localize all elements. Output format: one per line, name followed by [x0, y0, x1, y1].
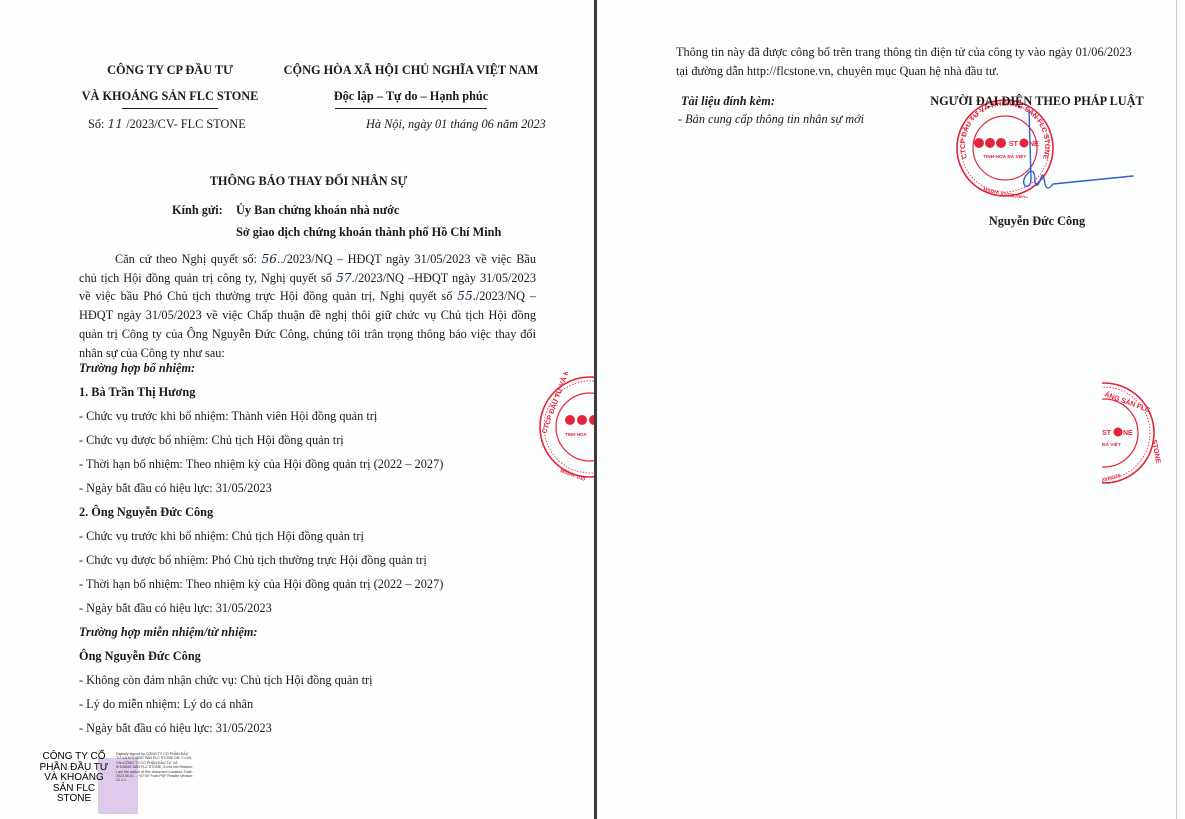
- svg-text:MSDN: 010: MSDN: 010: [559, 468, 586, 482]
- company-name-line1: CÔNG TY CP ĐẦU TƯ: [70, 64, 270, 76]
- person-1-line: - Chức vụ trước khi bổ nhiệm: Thành viên…: [79, 410, 377, 422]
- handwritten-signature: [1017, 108, 1137, 198]
- svg-text:MSDN: 0102370076: MSDN: 0102370076: [983, 187, 1029, 198]
- person-2-line: - Chức vụ được bổ nhiệm: Phó Chủ tịch th…: [79, 554, 427, 566]
- recipient-label: Kính gửi:: [172, 204, 223, 216]
- attachment-item: - Bản cung cấp thông tin nhân sự mới: [678, 113, 864, 125]
- document-page-2: Thông tin này đã được công bố trên trang…: [597, 0, 1176, 819]
- svg-text:STONE: STONE: [1150, 439, 1161, 464]
- document-title: THÔNG BÁO THAY ĐỔI NHÂN SỰ: [60, 175, 557, 187]
- number-prefix: Số:: [88, 117, 104, 131]
- intro-text-1: Căn cứ theo Nghị quyết số:: [115, 252, 261, 266]
- svg-text:ĐÁ VIỆT: ĐÁ VIỆT: [1102, 440, 1121, 448]
- company-underline: [122, 108, 218, 109]
- person-2-line: - Ngày bắt đầu có hiệu lực: 31/05/2023: [79, 602, 272, 614]
- svg-text:ST: ST: [1102, 430, 1112, 437]
- handwritten-number: 11: [107, 117, 123, 131]
- company-seal-partial: ÁNG SẢN FLC STONE ST NE ĐÁ VIỆT 2370076: [1102, 378, 1176, 488]
- company-seal-partial: CTCP ĐẦU TƯ VÀ KHO TINH HOA MSDN: 010: [528, 372, 594, 482]
- svg-text:NE: NE: [1029, 141, 1039, 148]
- dismissal-line: - Ngày bắt đầu có hiệu lực: 31/05/2023: [79, 722, 272, 734]
- number-suffix: /2023/CV- FLC STONE: [126, 117, 246, 131]
- nation-motto: Độc lập – Tự do – Hạnh phúc: [300, 90, 522, 102]
- motto-underline: [335, 108, 487, 109]
- company-name-line2: VÀ KHOÁNG SẢN FLC STONE: [60, 90, 280, 102]
- digital-signature-block[interactable]: CÔNG TY CỔ PHẦN ĐẦU TƯ VÀ KHOÁNG SẢN FLC…: [36, 752, 194, 816]
- person-2-line: - Chức vụ trước khi bổ nhiệm: Chủ tịch H…: [79, 530, 364, 542]
- svg-text:TINH HOA ĐÁ VIỆT: TINH HOA ĐÁ VIỆT: [983, 152, 1026, 160]
- appointment-heading: Trường hợp bổ nhiệm:: [79, 362, 195, 374]
- svg-text:ÁNG SẢN FLC: ÁNG SẢN FLC: [1103, 389, 1151, 414]
- svg-text:ST: ST: [1009, 141, 1019, 148]
- person-2-name: 2. Ông Nguyễn Đức Công: [79, 506, 213, 518]
- person-1-name: 1. Bà Trần Thị Hương: [79, 386, 195, 398]
- person-1-line: - Chức vụ được bổ nhiệm: Chủ tịch Hội đồ…: [79, 434, 344, 446]
- dismissal-heading: Trường hợp miễn nhiệm/từ nhiệm:: [79, 626, 258, 638]
- dismissal-person-name: Ông Nguyễn Đức Công: [79, 650, 201, 662]
- signatory-name: Nguyễn Đức Công: [927, 215, 1147, 227]
- svg-text:CTCP ĐẦU TƯ VÀ KHO: CTCP ĐẦU TƯ VÀ KHO: [538, 372, 574, 435]
- digital-signature-details: Digitally signed by CÔNG TY CỔ PHẦN ĐẦU …: [116, 752, 194, 783]
- dismissal-line: - Lý do miễn nhiệm: Lý do cá nhân: [79, 698, 253, 710]
- publication-note-line2: tại đường dẫn http://flcstone.vn, chuyên…: [676, 65, 999, 77]
- place-and-date: Hà Nội, ngày 01 tháng 06 năm 2023: [366, 118, 546, 130]
- digital-signer-name: CÔNG TY CỔ PHẦN ĐẦU TƯ VÀ KHOÁNG SẢN FLC…: [36, 752, 112, 805]
- attachments-heading: Tài liệu đính kèm:: [681, 95, 775, 107]
- legal-representative-title: NGƯỜI ĐẠI DIỆN THEO PHÁP LUẬT: [917, 95, 1157, 107]
- resolution-number-1: 56: [261, 252, 277, 266]
- svg-text:TINH HOA: TINH HOA: [565, 432, 587, 437]
- intro-paragraph: Căn cứ theo Nghị quyết số: 56../2023/NQ …: [79, 250, 536, 362]
- recipient-1: Ủy Ban chứng khoán nhà nước: [236, 204, 399, 216]
- document-page-1: CÔNG TY CP ĐẦU TƯ VÀ KHOÁNG SẢN FLC STON…: [0, 0, 594, 819]
- resolution-number-3: 55: [457, 289, 473, 303]
- viewer-margin: [1177, 0, 1185, 819]
- dismissal-line: - Không còn đảm nhận chức vụ: Chủ tịch H…: [79, 674, 373, 686]
- recipient-2: Sở giao dịch chứng khoán thành phố Hồ Ch…: [236, 226, 501, 238]
- publication-note-line1: Thông tin này đã được công bố trên trang…: [676, 46, 1132, 58]
- svg-text:NE: NE: [1123, 430, 1133, 437]
- company-seal: CTCP ĐẦU TƯ VÀ KHOÁNG SẢN FLC STONE ST N…: [947, 98, 1067, 198]
- nation-title: CỘNG HÒA XÃ HỘI CHỦ NGHĨA VIỆT NAM: [278, 64, 544, 76]
- svg-text:2370076: 2370076: [1102, 473, 1122, 484]
- person-1-line: - Thời hạn bổ nhiệm: Theo nhiệm kỳ của H…: [79, 458, 443, 470]
- person-2-line: - Thời hạn bổ nhiệm: Theo nhiệm kỳ của H…: [79, 578, 443, 590]
- resolution-number-2: 57: [336, 271, 352, 285]
- document-number: Số: 11 /2023/CV- FLC STONE: [88, 118, 246, 130]
- person-1-line: - Ngày bắt đầu có hiệu lực: 31/05/2023: [79, 482, 272, 494]
